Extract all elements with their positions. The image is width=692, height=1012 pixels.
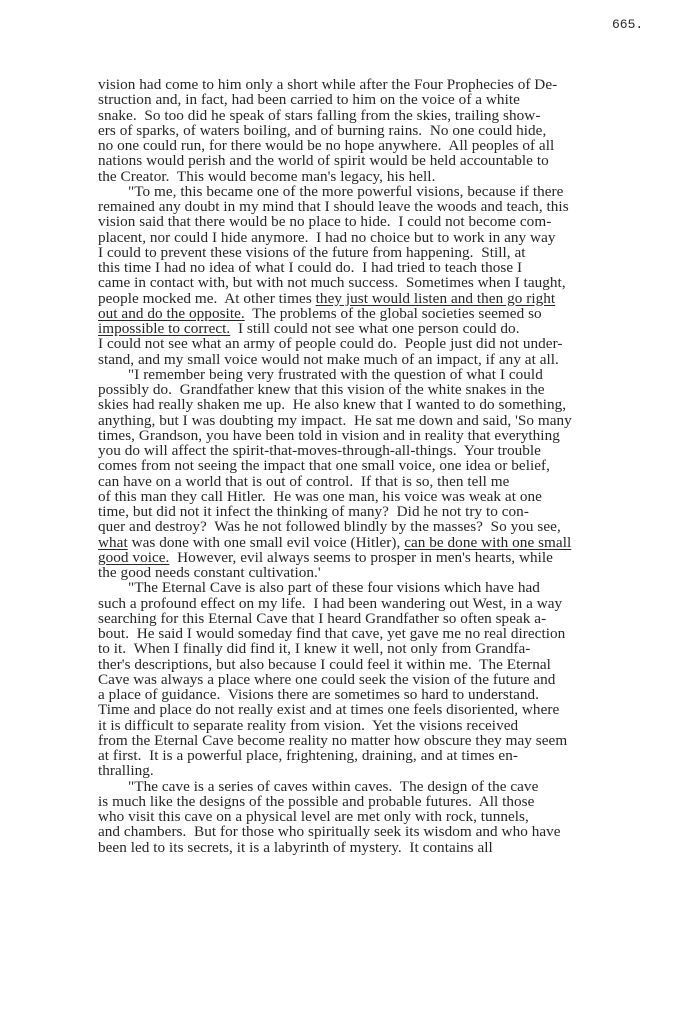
text-line: times, Grandson, you have been told in v… [98,428,668,443]
text-line: been led to its secrets, it is a labyrin… [98,840,668,855]
text-line: ers of sparks, of waters boiling, and of… [98,123,668,138]
text-line: Time and place do not really exist and a… [98,702,668,717]
text-line: came in contact with, but with not much … [98,275,668,290]
text-line: bout. He said I would someday find that … [98,626,668,641]
text-line: can have on a world that is out of contr… [98,474,668,489]
text-line: a place of guidance. Visions there are s… [98,687,668,702]
text-line: from the Eternal Cave become reality no … [98,733,668,748]
page-number: 665. [612,17,643,32]
text-line: nations would perish and the world of sp… [98,153,668,168]
text-line: searching for this Eternal Cave that I h… [98,611,668,626]
text-line: this time I had no idea of what I could … [98,260,668,275]
text-line: out and do the opposite. The problems of… [98,306,668,321]
text-line: is much like the designs of the possible… [98,794,668,809]
text-line: comes from not seeing the impact that on… [98,458,668,473]
text-line: skies had really shaken me up. He also k… [98,397,668,412]
text-line: ther's descriptions, but also because I … [98,657,668,672]
text-line: what was done with one small evil voice … [98,535,668,550]
text-line: stand, and my small voice would not make… [98,352,668,367]
text-line: at first. It is a powerful place, fright… [98,748,668,763]
text-line: "To me, this became one of the more powe… [98,184,668,199]
text-line: no one could run, for there would be no … [98,138,668,153]
text-line: "The cave is a series of caves within ca… [98,779,668,794]
text-line: "I remember being very frustrated with t… [98,367,668,382]
text-line: of this man they call Hitler. He was one… [98,489,668,504]
text-line: placent, nor could I hide anymore. I had… [98,230,668,245]
text-line: struction and, in fact, had been carried… [98,92,668,107]
text-line: the Creator. This would become man's leg… [98,169,668,184]
text-line: to it. When I finally did find it, I kne… [98,641,668,656]
text-line: it is difficult to separate reality from… [98,718,668,733]
text-line: vision said that there would be no place… [98,214,668,229]
text-line: I could to prevent these visions of the … [98,245,668,260]
text-line: who visit this cave on a physical level … [98,809,668,824]
text-line: time, but did not it infect the thinking… [98,504,668,519]
text-line: I could not see what an army of people c… [98,336,668,351]
text-line: such a profound effect on my life. I had… [98,596,668,611]
text-line: vision had come to him only a short whil… [98,77,668,92]
text-line: possibly do. Grandfather knew that this … [98,382,668,397]
text-line: impossible to correct. I still could not… [98,321,668,336]
text-line: snake. So too did he speak of stars fall… [98,108,668,123]
text-line: "The Eternal Cave is also part of these … [98,580,668,595]
body-text: vision had come to him only a short whil… [98,77,668,855]
text-line: Cave was always a place where one could … [98,672,668,687]
text-line: people mocked me. At other times they ju… [98,291,668,306]
text-line: remained any doubt in my mind that I sho… [98,199,668,214]
text-line: you do will affect the spirit-that-moves… [98,443,668,458]
text-line: the good needs constant cultivation.' [98,565,668,580]
text-line: and chambers. But for those who spiritua… [98,824,668,839]
text-line: good voice. However, evil always seems t… [98,550,668,565]
text-line: thralling. [98,763,668,778]
text-line: quer and destroy? Was he not followed bl… [98,519,668,534]
text-line: anything, but I was doubting my impact. … [98,413,668,428]
